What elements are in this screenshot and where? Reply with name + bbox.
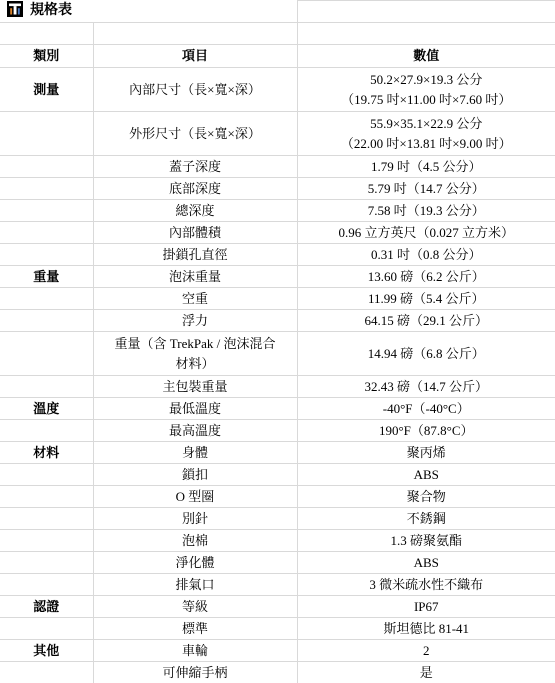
cell-value: 190°F（87.8°C） xyxy=(297,420,555,442)
cell-item: O 型圈 xyxy=(93,486,297,508)
cell-value: 聚丙烯 xyxy=(297,442,555,464)
cell-value: 1.3 磅聚氨酯 xyxy=(297,530,555,552)
table-row: 重量泡沫重量13.60 磅（6.2 公斤） xyxy=(0,266,555,288)
table-row: 底部深度5.79 吋（14.7 公分） xyxy=(0,178,555,200)
cell-category xyxy=(0,574,93,596)
spec-table-logo-icon xyxy=(7,1,23,17)
spacer-row xyxy=(0,23,555,45)
cell-value: 7.58 吋（19.3 公分） xyxy=(297,200,555,222)
table-row: O 型圈聚合物 xyxy=(0,486,555,508)
cell-item: 泡棉 xyxy=(93,530,297,552)
table-row: 可伸縮手柄是 xyxy=(0,662,555,683)
cell-category: 材料 xyxy=(0,442,93,464)
cell-value: 斯坦德比 81-41 xyxy=(297,618,555,640)
cell-value: 是 xyxy=(297,662,555,683)
column-header-category: 類別 xyxy=(0,45,93,68)
table-row: 淨化體ABS xyxy=(0,552,555,574)
table-row: 標準斯坦德比 81-41 xyxy=(0,618,555,640)
cell-value: 3 微米疏水性不織布 xyxy=(297,574,555,596)
cell-category: 測量 xyxy=(0,68,93,112)
table-row: 其他車輪2 xyxy=(0,640,555,662)
cell-value: 50.2×27.9×19.3 公分 （19.75 吋×11.00 吋×7.60 … xyxy=(297,68,555,112)
table-row: 空重11.99 磅（5.4 公斤） xyxy=(0,288,555,310)
cell-value: 0.31 吋（0.8 公分） xyxy=(297,244,555,266)
table-row: 排氣口3 微米疏水性不織布 xyxy=(0,574,555,596)
cell-category xyxy=(0,222,93,244)
cell-item: 浮力 xyxy=(93,310,297,332)
cell-category xyxy=(0,288,93,310)
table-row: 主包裝重量32.43 磅（14.7 公斤） xyxy=(0,376,555,398)
cell-item: 別針 xyxy=(93,508,297,530)
cell-category: 認證 xyxy=(0,596,93,618)
cell-category xyxy=(0,244,93,266)
cell-value: 不銹鋼 xyxy=(297,508,555,530)
table-row: 測量內部尺寸（長×寬×深）50.2×27.9×19.3 公分 （19.75 吋×… xyxy=(0,68,555,112)
cell-value: 11.99 磅（5.4 公斤） xyxy=(297,288,555,310)
cell-item: 標準 xyxy=(93,618,297,640)
cell-item: 車輪 xyxy=(93,640,297,662)
title-cell: 規格表 xyxy=(0,1,297,23)
cell-value: IP67 xyxy=(297,596,555,618)
cell-item: 鎖扣 xyxy=(93,464,297,486)
cell-item: 內部尺寸（長×寬×深） xyxy=(93,68,297,112)
cell-category xyxy=(0,178,93,200)
cell-category xyxy=(0,420,93,442)
cell-value: 32.43 磅（14.7 公斤） xyxy=(297,376,555,398)
cell-category xyxy=(0,112,93,156)
spec-table-body: 規格表 類別 項目 數值 測量內部尺寸（長×寬×深）50.2×27.9×19.3… xyxy=(0,1,555,683)
cell-item: 外形尺寸（長×寬×深） xyxy=(93,112,297,156)
cell-value: 55.9×35.1×22.9 公分 （22.00 吋×13.81 吋×9.00 … xyxy=(297,112,555,156)
page-title: 規格表 xyxy=(30,3,72,18)
table-row: 鎖扣ABS xyxy=(0,464,555,486)
cell-value: ABS xyxy=(297,464,555,486)
title-row-empty-cell xyxy=(297,1,555,23)
cell-category: 溫度 xyxy=(0,398,93,420)
table-row: 溫度最低溫度-40°F（-40°C） xyxy=(0,398,555,420)
table-row: 浮力64.15 磅（29.1 公斤） xyxy=(0,310,555,332)
cell-item: 最高溫度 xyxy=(93,420,297,442)
table-row: 最高溫度190°F（87.8°C） xyxy=(0,420,555,442)
cell-item: 重量（含 TrekPak / 泡沫混合 材料） xyxy=(93,332,297,376)
cell-item: 主包裝重量 xyxy=(93,376,297,398)
table-row: 內部體積0.96 立方英尺（0.027 立方米） xyxy=(0,222,555,244)
cell-value: -40°F（-40°C） xyxy=(297,398,555,420)
cell-item: 底部深度 xyxy=(93,178,297,200)
column-header-value: 數值 xyxy=(297,45,555,68)
cell-value: 聚合物 xyxy=(297,486,555,508)
cell-category xyxy=(0,200,93,222)
cell-item: 可伸縮手柄 xyxy=(93,662,297,683)
cell-category xyxy=(0,530,93,552)
table-row: 材料身體聚丙烯 xyxy=(0,442,555,464)
cell-value: 2 xyxy=(297,640,555,662)
title-row: 規格表 xyxy=(0,1,555,23)
table-row: 認證等級IP67 xyxy=(0,596,555,618)
column-header-item: 項目 xyxy=(93,45,297,68)
table-row: 重量（含 TrekPak / 泡沫混合 材料）14.94 磅（6.8 公斤） xyxy=(0,332,555,376)
cell-category xyxy=(0,618,93,640)
table-row: 泡棉1.3 磅聚氨酯 xyxy=(0,530,555,552)
cell-item: 泡沫重量 xyxy=(93,266,297,288)
cell-item: 內部體積 xyxy=(93,222,297,244)
cell-item: 總深度 xyxy=(93,200,297,222)
table-row: 總深度7.58 吋（19.3 公分） xyxy=(0,200,555,222)
cell-category: 重量 xyxy=(0,266,93,288)
cell-item: 蓋子深度 xyxy=(93,156,297,178)
cell-value: 1.79 吋（4.5 公分） xyxy=(297,156,555,178)
cell-value: 14.94 磅（6.8 公斤） xyxy=(297,332,555,376)
cell-item: 排氣口 xyxy=(93,574,297,596)
cell-category xyxy=(0,508,93,530)
cell-item: 淨化體 xyxy=(93,552,297,574)
cell-value: 0.96 立方英尺（0.027 立方米） xyxy=(297,222,555,244)
cell-category xyxy=(0,662,93,683)
spacer-cell xyxy=(297,23,555,45)
cell-item: 身體 xyxy=(93,442,297,464)
cell-category xyxy=(0,376,93,398)
cell-category xyxy=(0,332,93,376)
cell-value: 64.15 磅（29.1 公斤） xyxy=(297,310,555,332)
cell-category xyxy=(0,464,93,486)
spec-table: 規格表 類別 項目 數值 測量內部尺寸（長×寬×深）50.2×27.9×19.3… xyxy=(0,0,555,683)
spacer-cell xyxy=(93,23,297,45)
cell-category xyxy=(0,552,93,574)
spacer-cell xyxy=(0,23,93,45)
cell-item: 最低溫度 xyxy=(93,398,297,420)
cell-item: 等級 xyxy=(93,596,297,618)
cell-category: 其他 xyxy=(0,640,93,662)
cell-value: 13.60 磅（6.2 公斤） xyxy=(297,266,555,288)
cell-item: 空重 xyxy=(93,288,297,310)
cell-category xyxy=(0,486,93,508)
cell-category xyxy=(0,156,93,178)
cell-value: ABS xyxy=(297,552,555,574)
table-row: 外形尺寸（長×寬×深）55.9×35.1×22.9 公分 （22.00 吋×13… xyxy=(0,112,555,156)
header-row: 類別 項目 數值 xyxy=(0,45,555,68)
table-row: 掛鎖孔直徑0.31 吋（0.8 公分） xyxy=(0,244,555,266)
cell-category xyxy=(0,310,93,332)
cell-value: 5.79 吋（14.7 公分） xyxy=(297,178,555,200)
table-row: 蓋子深度1.79 吋（4.5 公分） xyxy=(0,156,555,178)
cell-item: 掛鎖孔直徑 xyxy=(93,244,297,266)
table-row: 別針不銹鋼 xyxy=(0,508,555,530)
